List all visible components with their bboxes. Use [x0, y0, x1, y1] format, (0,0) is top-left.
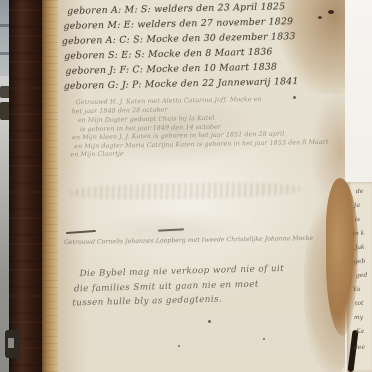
- writing-fragment: geb: [354, 258, 365, 265]
- writing-fragment: Ja: [354, 202, 360, 209]
- writing-fragment: tot: [355, 300, 364, 307]
- register-line: geboren G: J: P: Mocke den 22 Jannewarij…: [64, 76, 299, 92]
- inscription-line: die families Smit uit gaan nie en moet: [74, 279, 259, 294]
- writing-fragment: Va: [353, 286, 361, 293]
- erased-writing-trace: [70, 181, 300, 201]
- register-line: geboren J: F: C: Mocke den 10 Maart 1838: [65, 61, 277, 76]
- spine-texture: [9, 0, 43, 372]
- register-line: geboren M: E: welders den 27 november 18…: [63, 16, 293, 32]
- clasp-notch: [8, 338, 14, 348]
- ink-speck: [178, 345, 180, 347]
- ink-speck: [263, 338, 265, 340]
- pen-stroke: [66, 230, 96, 234]
- register-line: geboren A: C: S: Mocke den 30 dezember 1…: [62, 31, 296, 47]
- ink-speck: [208, 320, 211, 323]
- writing-fragment: Jak: [355, 244, 365, 251]
- adjacent-page-writing: de Ja is in k Jak geb ged Va tot my Ka d…: [352, 188, 372, 372]
- writing-fragment: my: [354, 314, 363, 321]
- writing-fragment: dee: [354, 344, 365, 351]
- pencil-line: en Mijn Claartje: [70, 150, 124, 158]
- writing-fragment: Ka: [356, 328, 364, 335]
- inscription-block: Die Bybel mag nie verkoop word nie of ui…: [73, 263, 334, 320]
- register-line: geboren S: E: S: Mocke den 8 Maart 1836: [64, 47, 273, 62]
- bible-register-page: geboren A: M: S: welders den 23 April 18…: [58, 0, 348, 372]
- inscription-line: Die Bybel mag nie verkoop word nie of ui…: [79, 264, 284, 279]
- register-line: geboren A: M: S: welders den 23 April 18…: [67, 1, 285, 17]
- pencil-notes-block: Getrouwd H. J. Katen met Aletta Catarina…: [61, 95, 344, 166]
- pencil-line: het jaar 1848 den 28 october: [72, 107, 168, 116]
- inscription-line: tussen hulle bly as gedagtenis.: [72, 295, 222, 309]
- birth-register-block: geboren A: M: S: welders den 23 April 18…: [59, 0, 347, 97]
- writing-fragment: is: [355, 216, 360, 223]
- pencil-line: Getrouwd H. J. Katen met Aletta Catarina…: [75, 96, 261, 106]
- writing-fragment: in k: [353, 230, 365, 237]
- writing-fragment: ged: [356, 272, 367, 279]
- old-bible-page-photo: geboren A: M: S: welders den 23 April 18…: [0, 0, 372, 372]
- writing-fragment: de: [356, 188, 364, 195]
